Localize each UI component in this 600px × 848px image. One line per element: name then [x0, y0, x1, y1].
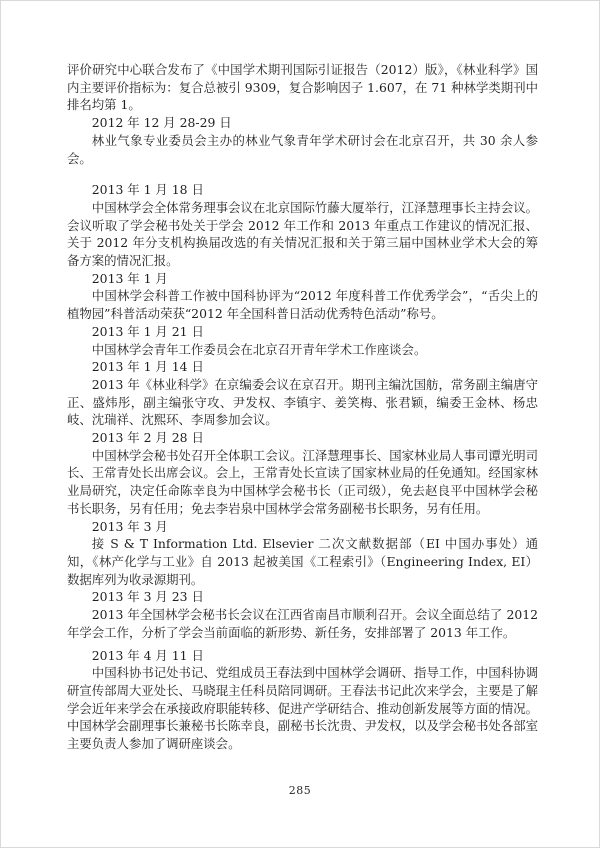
entry-text: 中国科协书记处书记、党组成员王春法到中国林学会调研、指导工作，中国科协调研宣传部… [67, 664, 538, 753]
chronicle-entry: 2012 年 12 月 28-29 日 林业气象专业委员会主办的林业气象青年学术… [67, 114, 538, 167]
chronicle-entry: 2013 年 3 月 接 S & T Information Ltd. Else… [67, 518, 538, 589]
entry-date: 2013 年 1 月 21 日 [67, 323, 538, 341]
chronicle-entry: 2013 年 1 月 18 日 中国林学会全体常务理事会议在北京国际竹藤大厦举行… [67, 181, 538, 270]
entry-text: 接 S & T Information Ltd. Elsevier 二次文献数据… [67, 535, 538, 588]
entry-date: 2012 年 12 月 28-29 日 [67, 114, 538, 132]
entry-date: 2013 年 3 月 [67, 518, 538, 536]
entry-text: 中国林学会秘书处召开全体职工会议。江泽慧理事长、国家林业局人事司谭光明司长、王常… [67, 447, 538, 518]
entry-text: 2013 年《林业科学》在京编委会议在京召开。期刊主编沈国舫，常务副主编唐守正、… [67, 376, 538, 429]
entry-date: 2013 年 3 月 23 日 [67, 588, 538, 606]
entry-date: 2013 年 1 月 [67, 270, 538, 288]
entry-date: 2013 年 4 月 11 日 [67, 647, 538, 665]
page-number: 285 [1, 784, 599, 797]
entry-text: 2013 年全国林学会秘书长会议在江西省南昌市顺利召开。会议全面总结了 2012… [67, 606, 538, 641]
entry-text: 中国林学会青年工作委员会在北京召开青年学术工作座谈会。 [67, 341, 538, 359]
chronicle-entry: 2013 年 1 月 14 日 2013 年《林业科学》在京编委会议在京召开。期… [67, 358, 538, 429]
entry-date: 2013 年 2 月 28 日 [67, 429, 538, 447]
entry-date: 2013 年 1 月 14 日 [67, 358, 538, 376]
entries: 评价研究中心联合发布了《中国学术期刊国际引证报告（2012）版》，《林业科学》国… [67, 61, 538, 753]
entry-text: 评价研究中心联合发布了《中国学术期刊国际引证报告（2012）版》，《林业科学》国… [67, 61, 538, 114]
entry-text: 中国林学会科普工作被中国科协评为“2012 年度科普工作优秀学会”，“舌尖上的植… [67, 287, 538, 322]
entry-date: 2013 年 1 月 18 日 [67, 181, 538, 199]
chronicle-entry: 2013 年 1 月 中国林学会科普工作被中国科协评为“2012 年度科普工作优… [67, 270, 538, 323]
chronicle-entry: 2013 年 3 月 23 日 2013 年全国林学会秘书长会议在江西省南昌市顺… [67, 588, 538, 641]
chronicle-entry: 2013 年 4 月 11 日 中国科协书记处书记、党组成员王春法到中国林学会调… [67, 647, 538, 753]
chronicle-entry: 2013 年 1 月 21 日 中国林学会青年工作委员会在北京召开青年学术工作座… [67, 323, 538, 358]
document-page: 评价研究中心联合发布了《中国学术期刊国际引证报告（2012）版》，《林业科学》国… [0, 0, 600, 848]
entry-text: 林业气象专业委员会主办的林业气象青年学术研讨会在北京召开，共 30 余人参会。 [67, 132, 538, 167]
chronicle-entry: 评价研究中心联合发布了《中国学术期刊国际引证报告（2012）版》，《林业科学》国… [67, 61, 538, 114]
chronicle-entry: 2013 年 2 月 28 日 中国林学会秘书处召开全体职工会议。江泽慧理事长、… [67, 429, 538, 518]
entry-text: 中国林学会全体常务理事会议在北京国际竹藤大厦举行，江泽慧理事长主持会议。会议听取… [67, 199, 538, 270]
